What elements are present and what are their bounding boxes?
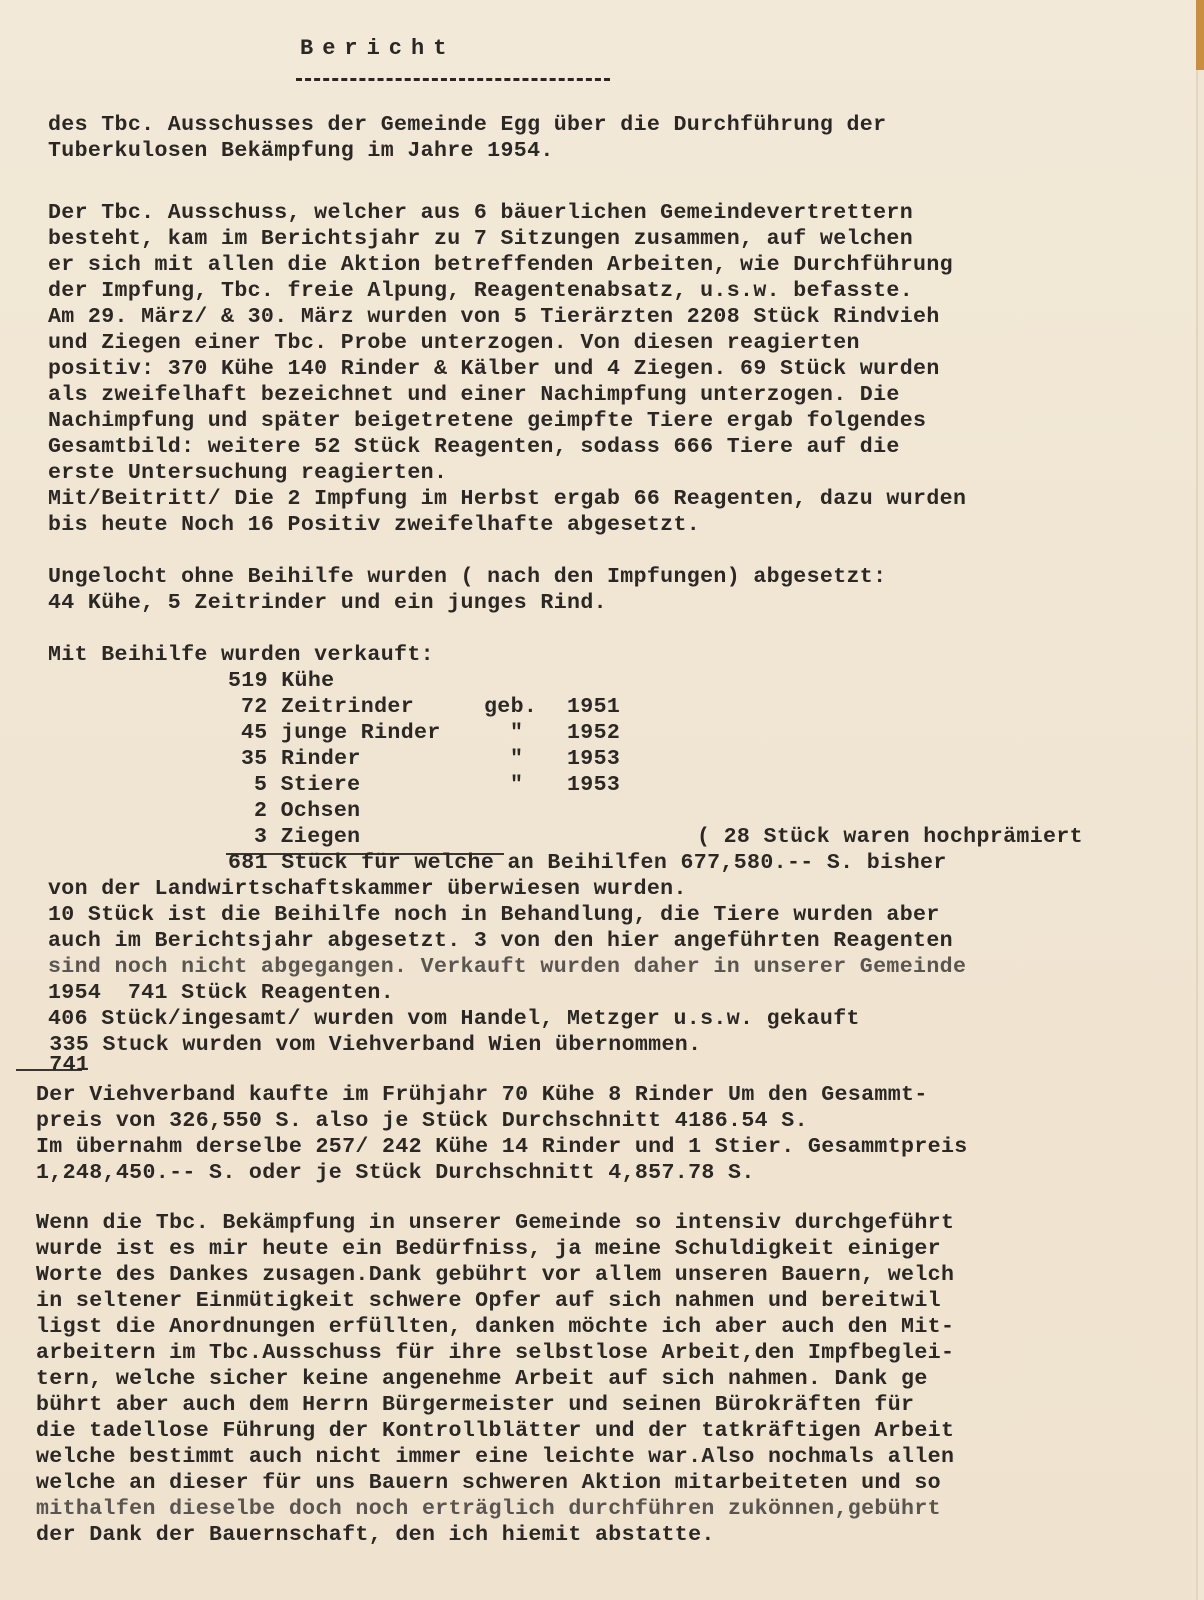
body-line: Wenn die Tbc. Bekämpfung in unserer Geme…	[36, 1210, 954, 1236]
list-item: 35 Rinder	[241, 746, 361, 772]
title-underline	[296, 78, 610, 84]
item-born: geb.	[484, 694, 537, 720]
body-line: als zweifelhaft bezeichnet und einer Nac…	[48, 382, 900, 408]
item-born: "	[510, 720, 523, 746]
body-line: der Impfung, Tbc. freie Alpung, Reagente…	[48, 278, 913, 304]
body-line: auch im Berichtsjahr abgesetzt. 3 von de…	[48, 928, 953, 954]
list-total: 681 Stück für welche an Beihilfen 677,58…	[228, 850, 947, 876]
list-item: 5 Stiere	[254, 772, 360, 798]
body-line: Gesamtbild: weitere 52 Stück Reagenten, …	[48, 434, 900, 460]
body-line: der Dank der Bauernschaft, den ich hiemi…	[36, 1522, 715, 1548]
body-line: erste Untersuchung reagierten.	[48, 460, 447, 486]
list-item: 45 junge Rinder	[241, 720, 441, 746]
item-count: 5	[254, 773, 267, 797]
item-year: 1951	[567, 694, 620, 720]
item-label: junge Rinder	[281, 721, 441, 745]
body-line: und Ziegen einer Tbc. Probe unterzogen. …	[48, 330, 860, 356]
item-count: 72	[241, 695, 268, 719]
item-label: Ziegen	[281, 825, 361, 849]
body-line: ligst die Anordnungen erfüllten, danken …	[36, 1314, 954, 1340]
subtitle-line: Tuberkulosen Bekämpfung im Jahre 1954.	[48, 138, 554, 164]
body-line: Mit/Beitritt/ Die 2 Impfung im Herbst er…	[48, 486, 966, 512]
body-line: mithalfen dieselbe doch noch erträglich …	[36, 1496, 941, 1522]
item-count: 519	[228, 669, 268, 693]
body-line: preis von 326,550 S. also je Stück Durch…	[36, 1108, 808, 1134]
body-line: Nachimpfung und später beigetretene geim…	[48, 408, 926, 434]
item-born: "	[510, 772, 523, 798]
item-label: Rinder	[281, 747, 361, 771]
body-line: 335 Stuck wurden vom Viehverband Wien üb…	[36, 1032, 701, 1058]
list-item: 72 Zeitrinder	[241, 694, 414, 720]
body-line: besteht, kam im Berichtsjahr zu 7 Sitzun…	[48, 226, 913, 252]
list-note: ( 28 Stück waren hochprämiert	[697, 824, 1083, 850]
list-item: 3 Ziegen	[254, 824, 360, 850]
body-line: 1,248,450.-- S. oder je Stück Durchschni…	[36, 1160, 755, 1186]
body-line: Am 29. März/ & 30. März wurden von 5 Tie…	[48, 304, 940, 330]
body-line: welche an dieser für uns Bauern schweren…	[36, 1470, 941, 1496]
body-line: von der Landwirtschaftskammer überwiesen…	[48, 876, 687, 902]
body-line: tern, welche sicher keine angenehme Arbe…	[36, 1366, 928, 1392]
body-line: welche bestimmt auch nicht immer eine le…	[36, 1444, 954, 1470]
item-year: 1953	[567, 772, 620, 798]
body-line: sind noch nicht abgegangen. Verkauft wur…	[48, 954, 966, 980]
subtitle-line: des Tbc. Ausschusses der Gemeinde Egg üb…	[48, 112, 886, 138]
item-count: 2	[254, 799, 267, 823]
item-label: Kühe	[281, 669, 334, 693]
body-line: er sich mit allen die Aktion betreffende…	[48, 252, 953, 278]
list-heading: Mit Beihilfe wurden verkauft:	[48, 642, 434, 668]
item-count: 3	[254, 825, 267, 849]
body-line: wurde ist es mir heute ein Bedürfniss, j…	[36, 1236, 941, 1262]
body-line: arbeitern im Tbc.Ausschuss für ihre selb…	[36, 1340, 954, 1366]
body-line: positiv: 370 Kühe 140 Rinder & Kälber un…	[48, 356, 940, 382]
list-item: 519 Kühe	[228, 668, 334, 694]
body-line: bührt aber auch dem Herrn Bürgermeister …	[36, 1392, 914, 1418]
body-line: Im übernahm derselbe 257/ 242 Kühe 14 Ri…	[36, 1134, 968, 1160]
paper-edge	[1196, 70, 1198, 1600]
body-line: 406 Stück/ingesamt/ wurden vom Handel, M…	[48, 1006, 860, 1032]
body-line: 1954 741 Stück Reagenten.	[48, 980, 394, 1006]
body-line: Worte des Dankes zusagen.Dank gebührt vo…	[36, 1262, 954, 1288]
item-count: 45	[241, 721, 268, 745]
body-line: 10 Stück ist die Beihilfe noch in Behand…	[48, 902, 940, 928]
body-line: Der Tbc. Ausschuss, welcher aus 6 bäuerl…	[48, 200, 913, 226]
body-line: Ungelocht ohne Beihilfe wurden ( nach de…	[48, 564, 886, 590]
body-line: Der Viehverband kaufte im Frühjahr 70 Kü…	[36, 1082, 928, 1108]
item-year: 1953	[567, 746, 620, 772]
body-line: in seltener Einmütigkeit schwere Opfer a…	[36, 1288, 941, 1314]
document-title: Bericht	[300, 36, 455, 61]
sum-total: 741	[36, 1052, 89, 1078]
body-line: bis heute Noch 16 Positiv zweifelhafte a…	[48, 512, 700, 538]
body-line: 44 Kühe, 5 Zeitrinder und ein junges Rin…	[48, 590, 607, 616]
item-label: Stiere	[281, 773, 361, 797]
item-label: Zeitrinder	[281, 695, 414, 719]
body-line: die tadellose Führung der Kontrollblätte…	[36, 1418, 954, 1444]
item-year: 1952	[567, 720, 620, 746]
list-item: 2 Ochsen	[254, 798, 360, 824]
paper-edge-tape	[1196, 0, 1204, 70]
item-born: "	[510, 746, 523, 772]
item-label: Ochsen	[281, 799, 361, 823]
item-count: 35	[241, 747, 268, 771]
